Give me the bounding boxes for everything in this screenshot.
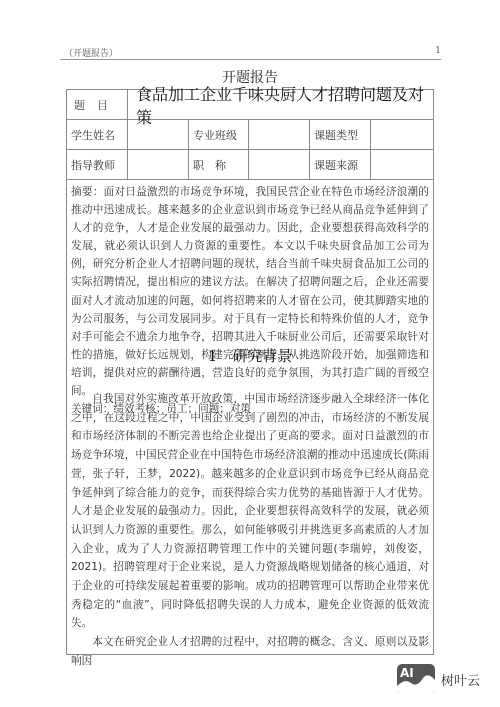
major-class-field[interactable] <box>249 120 310 149</box>
student-row: 学生姓名 专业班级 课题类型 <box>67 120 433 150</box>
job-title-label: 职 称 <box>189 150 249 179</box>
header-label: （开题报告） <box>64 46 118 59</box>
watermark: AI 树叶云 <box>397 664 480 694</box>
topic-type-label: 课题类型 <box>310 120 371 149</box>
page-number: 1 <box>435 46 441 56</box>
paragraph: 自我国对外实施改革开放政策，中国市场经济逐步融入全球经济一体化之中，在这段过程之… <box>71 390 429 633</box>
abstract-text: 摘要：面对日益激烈的市场竞争环境，我国民营企业在特色市场经济浪潮的推动中迅速成长… <box>71 183 429 400</box>
topic-type-field[interactable] <box>371 120 433 149</box>
topic-row: 题目 食品加工企业千味央厨人才招聘问题及对策 <box>67 90 433 120</box>
topic-value: 食品加工企业千味央厨人才招聘问题及对策 <box>128 90 433 119</box>
brand-name: 树叶云 <box>441 670 480 689</box>
job-title-field[interactable] <box>249 150 310 179</box>
student-name-label: 学生姓名 <box>67 120 128 149</box>
topic-source-field[interactable] <box>371 150 433 179</box>
advisor-row: 指导教师 职 称 课题来源 <box>67 150 433 180</box>
paragraph: 本文在研究企业人才招聘的过程中，对招聘的概念、含义、原则以及影响因 <box>71 633 429 670</box>
abstract-section: 摘要：面对日益激烈的市场竞争环境，我国民营企业在特色市场经济浪潮的推动中迅速成长… <box>71 183 429 418</box>
student-name-field[interactable] <box>128 120 189 149</box>
advisor-field[interactable] <box>128 150 189 179</box>
ai-logo-icon: AI <box>397 664 435 694</box>
section-body: 自我国对外实施改革开放政策，中国市场经济逐步融入全球经济一体化之中，在这段过程之… <box>71 390 429 671</box>
proposal-table: 题目 食品加工企业千味央厨人才招聘问题及对策 学生姓名 专业班级 课题类型 指导… <box>66 89 434 655</box>
topic-source-label: 课题来源 <box>310 150 371 179</box>
section-heading: 1 研究背景 <box>67 345 433 366</box>
mountain-icon <box>397 664 435 694</box>
topic-label: 题目 <box>67 90 128 119</box>
page-header: （开题报告） 1 <box>60 46 441 60</box>
advisor-label: 指导教师 <box>67 150 128 179</box>
major-class-label: 专业班级 <box>189 120 249 149</box>
